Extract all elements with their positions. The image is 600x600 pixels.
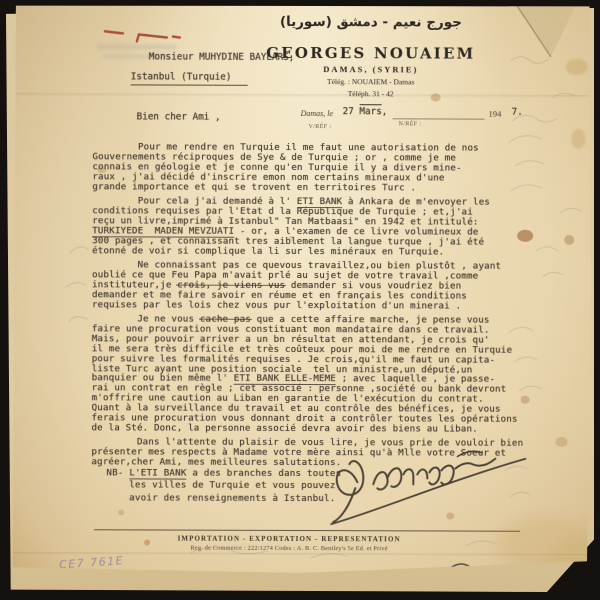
photo-background: Monsieur MUHYDINE BAYLARS, Istanbul (Tur…: [0, 0, 600, 600]
letter-page: Monsieur MUHYDINE BAYLARS, Istanbul (Tur…: [11, 1, 593, 575]
ghost-pencil-writing: [11, 1, 593, 575]
